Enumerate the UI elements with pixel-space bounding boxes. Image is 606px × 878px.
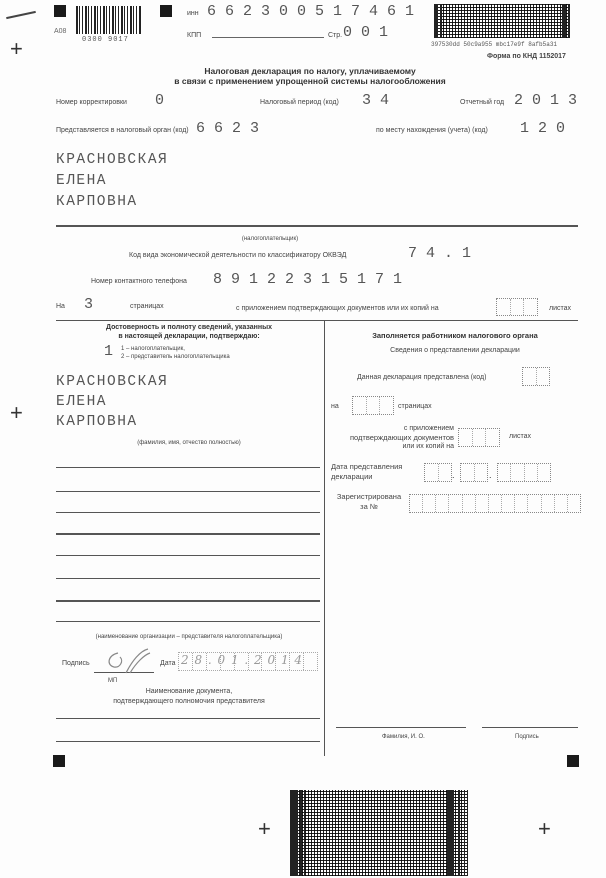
doc-caption-line1: Наименование документа, (56, 687, 322, 697)
page-title: Налоговая декларация по налогу, уплачива… (100, 66, 520, 86)
period-label: Налоговый период (код) (260, 99, 339, 106)
form-code: А08 (54, 28, 66, 35)
inn-value: 6 6 2 3 0 0 5 1 7 4 6 1 (207, 3, 414, 20)
alignment-square-marker (567, 755, 579, 767)
org-name-line (56, 533, 320, 535)
alignment-square-marker (53, 755, 65, 767)
attach-label: с приложением подтверждающих документов … (236, 305, 439, 312)
doc-name-line (56, 741, 320, 742)
phone-label: Номер контактного телефона (91, 278, 187, 285)
inspector-attach-field[interactable] (458, 428, 500, 447)
title-line1: Налоговая декларация по налогу, уплачива… (100, 66, 520, 76)
inspector-date-month[interactable] (460, 463, 488, 482)
confirm-heading-line1: Достоверность и полноту сведений, указан… (56, 323, 322, 332)
barcode-number: 0300 9017 (82, 36, 129, 44)
inspector-subheading: Сведения о представлении декларации (330, 347, 580, 354)
title-line2: в связи с применением упрощенной системы… (100, 76, 520, 86)
inspector-attach-line3: или их копий на (328, 442, 454, 451)
doc-name-line (56, 718, 320, 719)
inn-label: ИНН (187, 10, 199, 17)
registered-line2: за № (330, 502, 408, 512)
doc-caption-line2: подтверждающего полномочия представителя (56, 697, 322, 707)
taxpayer-caption: (налогоплательщик) (200, 236, 340, 242)
okved-value[interactable]: 7 4 . 1 (408, 245, 471, 262)
submitted-label: Данная декларация представлена (код) (357, 374, 486, 381)
signer-surname: КРАСНОВСКАЯ (56, 372, 168, 392)
taxpayer-firstname: ЕЛЕНА (56, 171, 168, 192)
inspector-date-day[interactable] (424, 463, 452, 482)
taxpayer-name[interactable]: КРАСНОВСКАЯ ЕЛЕНА КАРПОВНА (56, 150, 168, 213)
location-value[interactable]: 1 2 0 (520, 120, 565, 137)
signer-option-2: 2 – представитель налогоплательщика (121, 353, 230, 361)
org-name-line (56, 578, 320, 579)
fio-caption: Фамилия, И. О. (382, 734, 425, 740)
signature-label: Подпись (62, 660, 90, 667)
page-value: 0 0 1 (343, 24, 388, 41)
page-label: Стр. (328, 32, 342, 39)
fio-line (336, 727, 466, 728)
year-value[interactable]: 2 0 1 3 (514, 92, 577, 109)
pages-prefix: На (56, 303, 65, 310)
taxpayer-surname: КРАСНОВСКАЯ (56, 150, 168, 171)
signer-options: 1 – налогоплательщик, 2 – представитель … (121, 345, 230, 361)
org-caption: (наименование организации – представител… (56, 634, 322, 640)
linear-barcode (76, 6, 142, 34)
registered-label: Зарегистрирована за № (330, 492, 408, 512)
inspector-attach-line1: с приложением (328, 424, 454, 433)
sign-caption: Подпись (515, 734, 539, 740)
column-divider (324, 320, 325, 756)
pdf417-barcode-bottom (290, 790, 468, 876)
date-label: Дата (160, 660, 176, 667)
divider (56, 225, 578, 227)
year-label: Отчетный год (460, 99, 504, 106)
kpp-label: КПП (187, 32, 201, 39)
kpp-line (212, 37, 324, 38)
correction-label: Номер корректировки (56, 99, 127, 106)
registration-number-field[interactable] (409, 494, 581, 513)
period-value[interactable]: 3 4 (362, 92, 389, 109)
okved-label: Код вида экономической деятельности по к… (129, 252, 346, 259)
knd-form: Форма по КНД 1152017 (487, 53, 566, 60)
inspector-attach-suffix: листах (509, 433, 531, 440)
signer-name[interactable]: КРАСНОВСКАЯ ЕЛЕНА КАРПОВНА (56, 372, 168, 432)
tax-org-label: Представляется в налоговый орган (код) (56, 127, 189, 134)
registration-cross-icon: + (258, 818, 271, 840)
confirm-heading-line2: в настоящей декларации, подтверждаю: (56, 332, 322, 341)
inspector-heading: Заполняется работником налогового органа (330, 331, 580, 340)
attach-suffix: листах (549, 305, 571, 312)
inspector-pages-prefix: на (331, 403, 339, 410)
inspector-pages-field[interactable] (352, 396, 394, 415)
inspector-attach-line2: подтверждающих документов (328, 433, 454, 442)
stamp-label: МП (108, 678, 117, 684)
inspector-attach-label: с приложением подтверждающих документов … (328, 424, 454, 451)
alignment-square-marker (54, 5, 66, 17)
doc-caption: Наименование документа, подтверждающего … (56, 687, 322, 707)
hash-text: 397530dd 50c9a955 mbc17e9f 8afb5a31 (431, 41, 557, 48)
handwritten-signature (104, 647, 154, 675)
pages-suffix: страницах (130, 303, 164, 310)
signer-type-value[interactable]: 1 (104, 343, 113, 360)
signer-option-1: 1 – налогоплательщик, (121, 345, 230, 353)
signature-date-value: 2 8 . 0 1 . 2 0 1 4 (181, 653, 303, 667)
registration-cross-icon: + (10, 402, 23, 424)
pages-value[interactable]: 3 (84, 296, 93, 313)
alignment-square-marker (160, 5, 172, 17)
date-separator: . (489, 470, 492, 480)
taxpayer-patronymic: КАРПОВНА (56, 192, 168, 213)
registered-line1: Зарегистрирована (330, 492, 408, 502)
inspector-date-line2: декларации (331, 472, 402, 482)
org-name-line (56, 600, 320, 602)
name-caption: (фамилия, имя, отчество полностью) (56, 440, 322, 446)
inspector-date-line1: Дата представления (331, 462, 402, 472)
registration-cross-icon: + (538, 818, 551, 840)
signer-firstname: ЕЛЕНА (56, 392, 168, 412)
tax-org-value[interactable]: 6 6 2 3 (196, 120, 259, 137)
inspector-date-year[interactable] (497, 463, 551, 482)
org-name-line (56, 621, 320, 622)
correction-value[interactable]: 0 (155, 92, 164, 109)
signer-patronymic: КАРПОВНА (56, 412, 168, 432)
org-name-line (56, 467, 320, 468)
corner-tick-mark (6, 11, 36, 19)
registration-cross-icon: + (10, 38, 23, 60)
location-label: по месту нахождения (учета) (код) (376, 127, 488, 134)
confirm-heading: Достоверность и полноту сведений, указан… (56, 323, 322, 341)
inspector-pages-suffix: страницах (398, 403, 432, 410)
date-separator: . (452, 470, 455, 480)
org-name-line (56, 491, 320, 492)
org-name-line (56, 512, 320, 513)
pdf417-barcode-top (434, 4, 570, 38)
divider (56, 320, 578, 321)
attach-sheets-field[interactable] (496, 298, 538, 316)
submitted-code-field[interactable] (522, 367, 550, 386)
inspector-date-label: Дата представления декларации (331, 462, 402, 482)
org-name-line (56, 555, 320, 556)
phone-value[interactable]: 8 9 1 2 2 3 1 5 1 7 1 (213, 271, 402, 288)
sign-line (482, 727, 578, 728)
